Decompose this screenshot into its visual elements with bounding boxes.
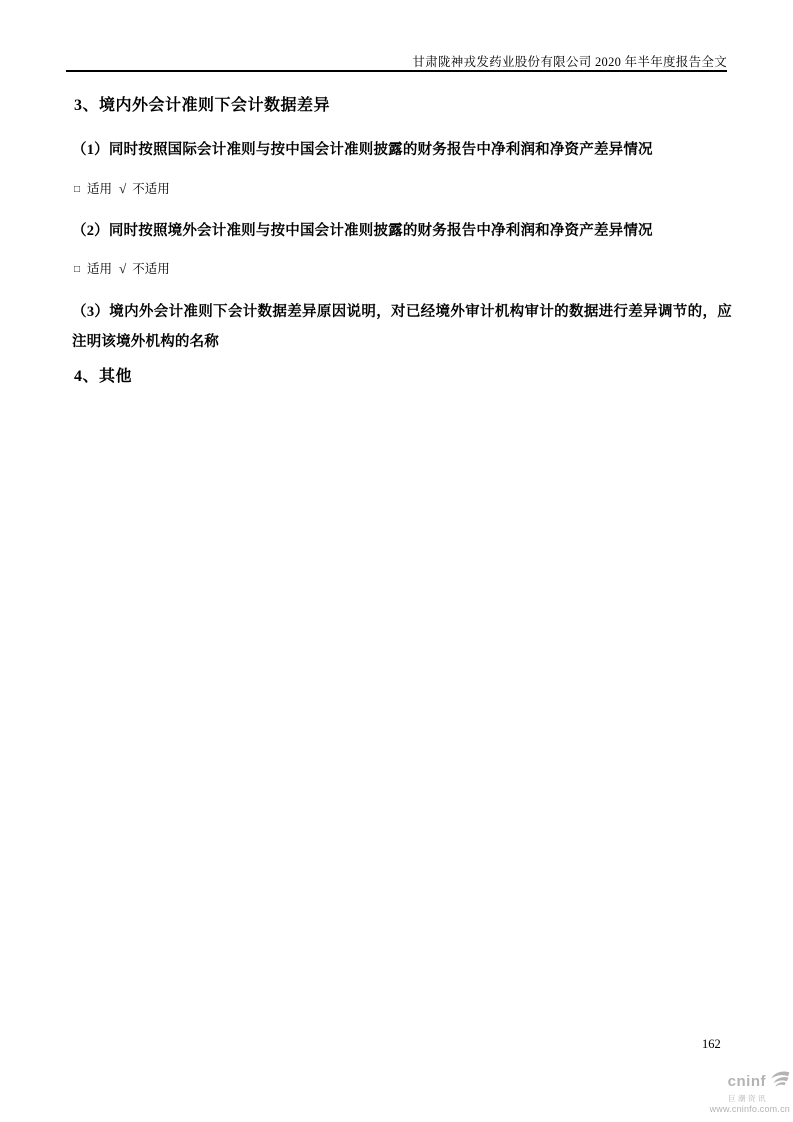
section-heading-3: 3、境内外会计准则下会计数据差异 <box>74 92 330 115</box>
cninfo-logo: cninf 巨潮资讯 www.cninfo.com.cn <box>696 1070 790 1114</box>
applicability-line-1: □适用√不适用 <box>74 179 177 197</box>
cninfo-url: www.cninfo.com.cn <box>696 1105 790 1114</box>
subsection-heading-3-1: （1）同时按照国际会计准则与按中国会计准则披露的财务报告中净利润和净资产差异情况 <box>72 138 653 159</box>
cninfo-chinese-name: 巨潮资讯 <box>696 1095 790 1103</box>
page-number: 162 <box>702 1037 721 1052</box>
report-header-title: 甘肃陇神戎发药业股份有限公司 2020 年半年度报告全文 <box>66 52 727 70</box>
cninfo-brand-text: cninf <box>728 1074 766 1089</box>
subsection-heading-3-2: （2）同时按照境外会计准则与按中国会计准则披露的财务报告中净利润和净资产差异情况 <box>72 219 653 240</box>
checkbox-unchecked-icon: □ <box>74 184 80 195</box>
check-mark-icon: √ <box>119 261 126 276</box>
not-applicable-label: 不适用 <box>132 262 170 276</box>
section-heading-4: 4、其他 <box>74 363 132 386</box>
report-page: 甘肃陇神戎发药业股份有限公司 2020 年半年度报告全文 3、境内外会计准则下会… <box>0 0 793 1122</box>
check-mark-icon: √ <box>119 181 126 196</box>
header-divider <box>66 70 727 72</box>
cninfo-swirl-icon <box>768 1070 790 1093</box>
applicability-line-2: □适用√不适用 <box>74 259 177 277</box>
applicable-label: 适用 <box>87 262 112 276</box>
not-applicable-label: 不适用 <box>132 182 170 196</box>
checkbox-unchecked-icon: □ <box>74 264 80 275</box>
applicable-label: 适用 <box>87 182 112 196</box>
subsection-heading-3-3: （3）境内外会计准则下会计数据差异原因说明，对已经境外审计机构审计的数据进行差异… <box>72 297 732 357</box>
